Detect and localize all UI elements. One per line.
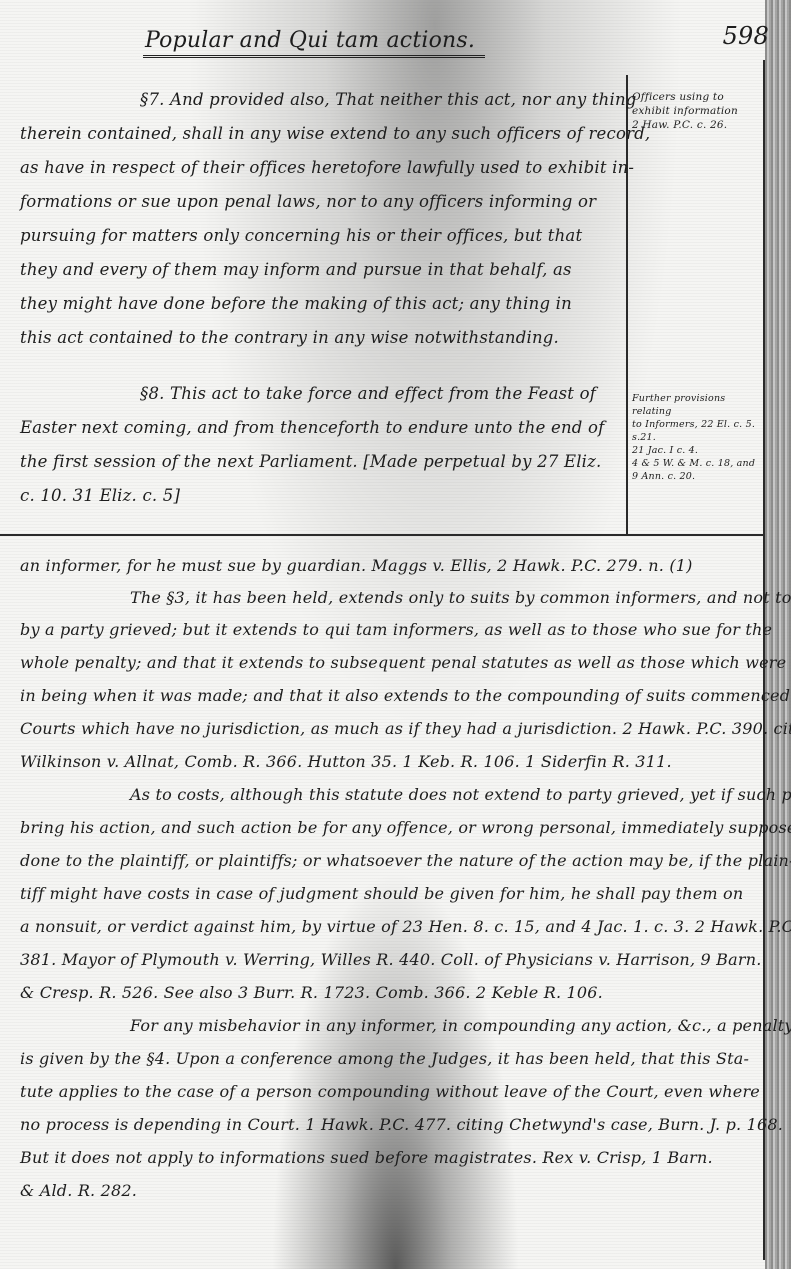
commentary-line: But it does not apply to informations su…	[20, 1148, 765, 1168]
section-8-line: the first session of the next Parliament…	[20, 452, 620, 472]
commentary-line: a nonsuit, or verdict against him, by vi…	[20, 917, 765, 937]
commentary-line: As to costs, although this statute does …	[20, 785, 765, 805]
section-7-line: pursuing for matters only concerning his…	[20, 226, 620, 246]
section-8-line: §8. This act to take force and effect fr…	[20, 384, 620, 404]
margin-note-line: exhibit information	[632, 104, 762, 118]
commentary-line: Wilkinson v. Allnat, Comb. R. 366. Hutto…	[20, 752, 765, 772]
section-7-line: they and every of them may inform and pu…	[20, 260, 620, 280]
commentary-line: & Ald. R. 282.	[20, 1181, 765, 1201]
commentary-line: is given by the §4. Upon a conference am…	[20, 1049, 765, 1069]
section-divider-rule	[0, 534, 765, 536]
commentary-line: tute applies to the case of a person com…	[20, 1082, 765, 1102]
margin-note-line: Officers using to	[632, 90, 762, 104]
commentary-line: For any misbehavior in any informer, in …	[20, 1016, 765, 1036]
commentary-line: whole penalty; and that it extends to su…	[20, 653, 765, 673]
page-number: 598	[723, 22, 769, 50]
section-7-line: as have in respect of their offices here…	[20, 158, 620, 178]
commentary-line: & Cresp. R. 526. See also 3 Burr. R. 172…	[20, 983, 765, 1003]
section-7-line: §7. And provided also, That neither this…	[20, 90, 620, 110]
commentary-line: Courts which have no jurisdiction, as mu…	[20, 719, 765, 739]
commentary-line: 381. Mayor of Plymouth v. Werring, Wille…	[20, 950, 765, 970]
section-7-line: therein contained, shall in any wise ext…	[20, 124, 620, 144]
page-title: Popular and Qui tam actions.	[143, 28, 485, 58]
margin-note-line: 4 & 5 W. & M. c. 18, and	[632, 457, 762, 470]
margin-note-line: to Informers, 22 El. c. 5. s.21.	[632, 418, 762, 444]
commentary-line: tiff might have costs in case of judgmen…	[20, 884, 765, 904]
margin-note-further-provisions: Further provisions relating to Informers…	[632, 392, 762, 483]
commentary-line: The §3, it has been held, extends only t…	[20, 588, 765, 608]
margin-note-line: 2 Haw. P.C. c. 26.	[632, 118, 762, 132]
margin-note-line: Further provisions relating	[632, 392, 762, 418]
commentary-line: in being when it was made; and that it a…	[20, 686, 765, 706]
margin-note-officers: Officers using to exhibit information 2 …	[632, 90, 762, 132]
commentary-line: an informer, for he must sue by guardian…	[20, 556, 765, 576]
commentary-line: no process is depending in Court. 1 Hawk…	[20, 1115, 765, 1135]
section-7-line: this act contained to the contrary in an…	[20, 328, 620, 348]
commentary-line: done to the plaintiff, or plaintiffs; or…	[20, 851, 765, 871]
section-8-line: c. 10. 31 Eliz. c. 5]	[20, 486, 620, 506]
section-8-line: Easter next coming, and from thenceforth…	[20, 418, 620, 438]
commentary-line: bring his action, and such action be for…	[20, 818, 765, 838]
margin-note-line: 9 Ann. c. 20.	[632, 470, 762, 483]
section-7-line: they might have done before the making o…	[20, 294, 620, 314]
margin-column-left-rule	[626, 75, 628, 535]
section-7-line: formations or sue upon penal laws, nor t…	[20, 192, 620, 212]
margin-note-line: 21 Jac. I c. 4.	[632, 444, 762, 457]
commentary-line: by a party grieved; but it extends to qu…	[20, 620, 765, 640]
manuscript-page: Popular and Qui tam actions. 598 §7. And…	[0, 0, 791, 1269]
